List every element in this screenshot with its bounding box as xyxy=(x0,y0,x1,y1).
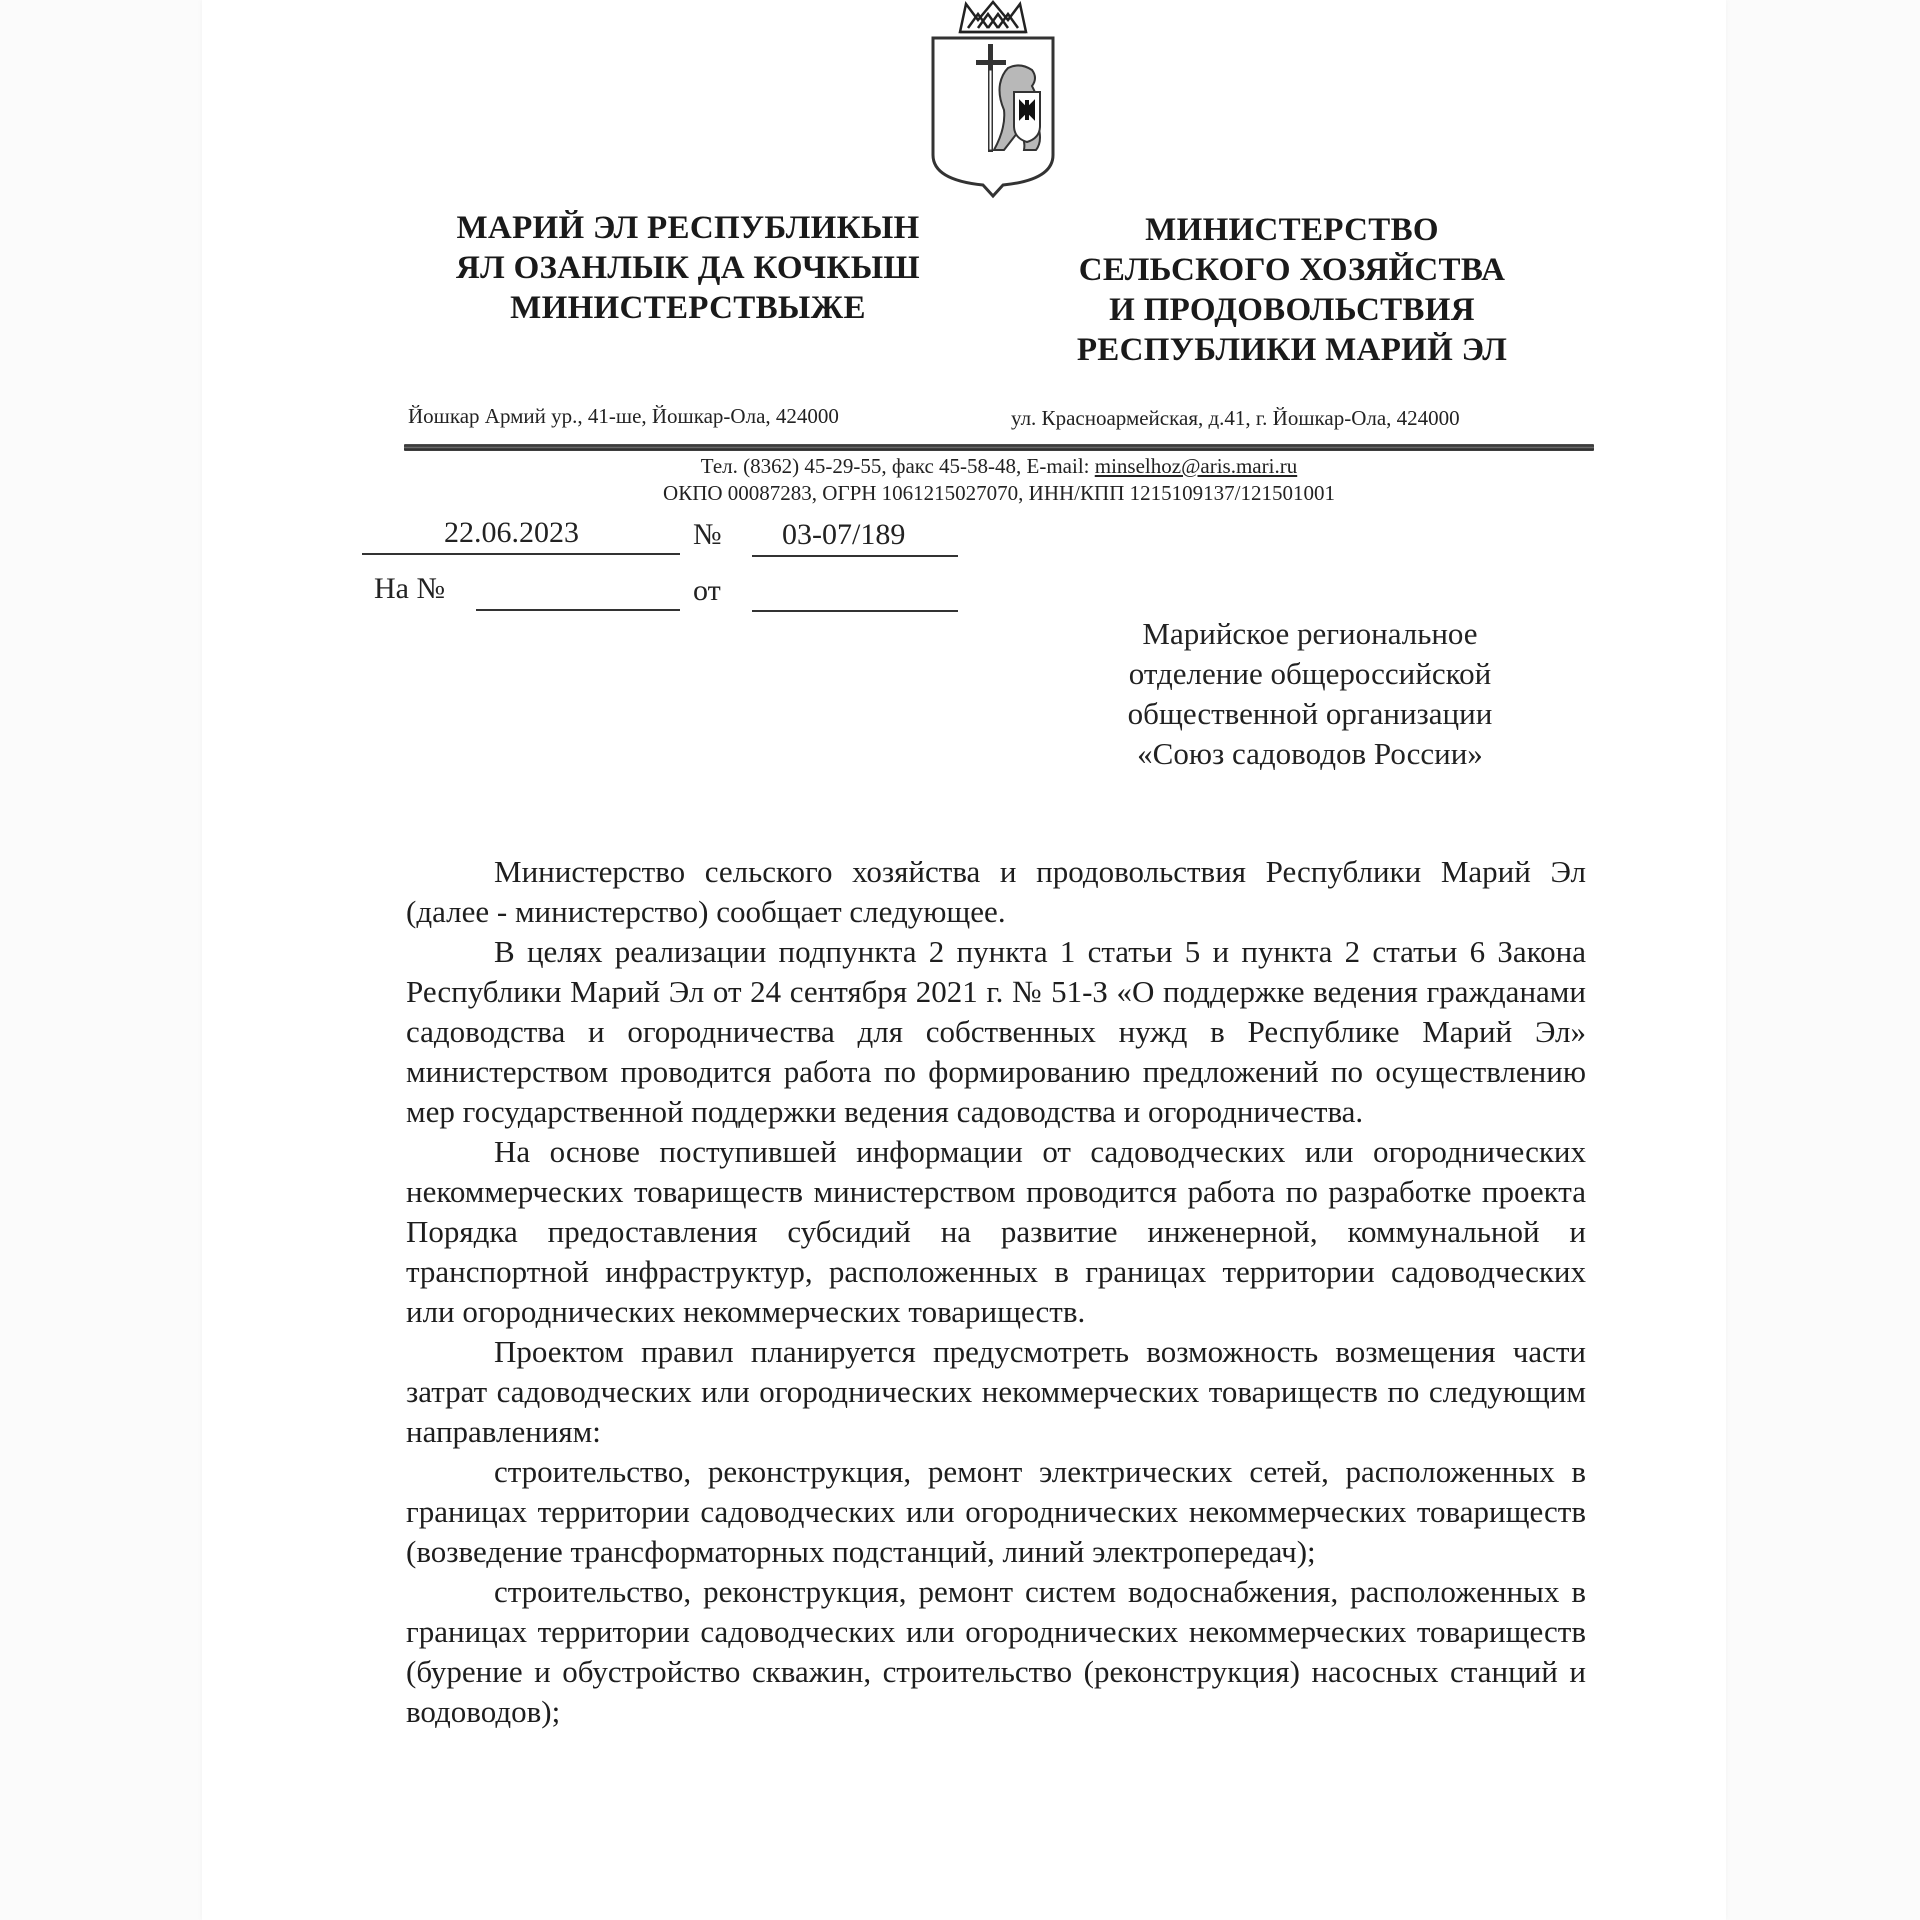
title-line: СЕЛЬСКОГО ХОЗЯЙСТВА xyxy=(1012,250,1572,290)
from-label: от xyxy=(693,574,721,608)
from-field xyxy=(752,610,958,612)
addressee-line: общественной организации xyxy=(1080,694,1540,734)
contacts-line: Тел. (8362) 45-29-55, факс 45-58-48, E-m… xyxy=(404,454,1594,479)
ministry-title-russian: МИНИСТЕРСТВО СЕЛЬСКОГО ХОЗЯЙСТВА И ПРОДО… xyxy=(1012,210,1572,370)
paragraph: строительство, реконструкция, ремонт сис… xyxy=(406,1572,1586,1732)
date-underline xyxy=(362,553,680,555)
title-line: И ПРОДОВОЛЬСТВИЯ xyxy=(1012,290,1572,330)
document-date: 22.06.2023 xyxy=(444,516,579,550)
number-label: № xyxy=(693,518,722,552)
addressee-line: Марийское региональное xyxy=(1080,614,1540,654)
address-russian: ул. Красноармейская, д.41, г. Йошкар-Ола… xyxy=(1011,406,1460,431)
paragraph: На основе поступившей информации от садо… xyxy=(406,1132,1586,1332)
paragraph: Министерство сельского хозяйства и продо… xyxy=(406,852,1586,932)
header-divider xyxy=(404,444,1594,451)
addressee: Марийское региональное отделение общерос… xyxy=(1080,614,1540,774)
addressee-line: «Союз садоводов России» xyxy=(1080,734,1540,774)
ministry-title-mari: МАРИЙ ЭЛ РЕСПУБЛИКЫН ЯЛ ОЗАНЛЫК ДА КОЧКЫ… xyxy=(408,208,968,328)
paragraph: строительство, реконструкция, ремонт эле… xyxy=(406,1452,1586,1572)
title-line: МИНИСТЕРСТВЫЖЕ xyxy=(408,288,968,328)
email-link[interactable]: minselhoz@aris.mari.ru xyxy=(1095,454,1297,478)
address-mari: Йошкар Армий ур., 41-ше, Йошкар-Ола, 424… xyxy=(408,404,839,429)
letter-body: Министерство сельского хозяйства и продо… xyxy=(406,852,1586,1732)
coat-of-arms-icon xyxy=(928,0,1058,200)
phone-fax: Тел. (8362) 45-29-55, факс 45-58-48, E-m… xyxy=(701,454,1095,478)
title-line: ЯЛ ОЗАНЛЫК ДА КОЧКЫШ xyxy=(408,248,968,288)
paragraph: Проектом правил планируется предусмотрет… xyxy=(406,1332,1586,1452)
document-number: 03-07/189 xyxy=(782,518,905,552)
reply-to-field xyxy=(476,609,680,611)
reply-to-label: На № xyxy=(374,572,445,606)
title-line: РЕСПУБЛИКИ МАРИЙ ЭЛ xyxy=(1012,330,1572,370)
title-line: МИНИСТЕРСТВО xyxy=(1012,210,1572,250)
addressee-line: отделение общероссийской xyxy=(1080,654,1540,694)
paragraph: В целях реализации подпункта 2 пункта 1 … xyxy=(406,932,1586,1132)
requisites-line: ОКПО 00087283, ОГРН 1061215027070, ИНН/К… xyxy=(404,481,1594,506)
title-line: МАРИЙ ЭЛ РЕСПУБЛИКЫН xyxy=(408,208,968,248)
number-underline xyxy=(752,555,958,557)
